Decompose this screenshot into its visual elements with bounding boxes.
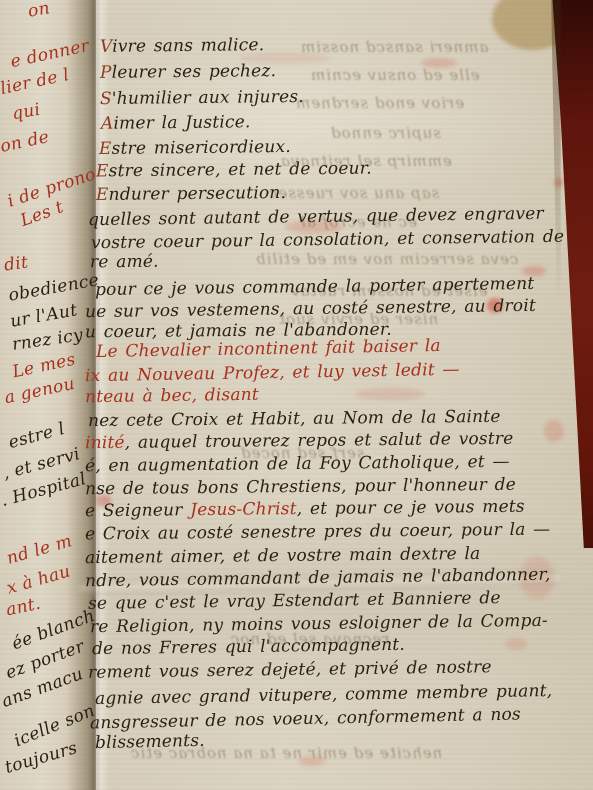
ink-stain	[298, 756, 326, 766]
text-segment: stre misericordieux.	[112, 137, 291, 159]
text-segment: P	[100, 63, 112, 83]
text-segment: re Religion, ny moins vous esloigner de …	[90, 611, 548, 637]
manuscript-line: quelles sont autant de vertus, que devez…	[88, 204, 544, 230]
binding-shadow	[551, 0, 561, 300]
text-segment: ivre sans malice.	[112, 35, 264, 57]
bleedthrough-line: sap anu sov ruessec	[268, 184, 439, 202]
bleedthrough-line: eriov enod serdnem	[295, 94, 464, 112]
manuscript-line: se que c'est le vray Estendart et Bannie…	[88, 588, 501, 614]
text-segment: re amé.	[90, 252, 159, 273]
text-segment: E	[99, 139, 112, 159]
manuscript-line: Estre sincere, et net de coeur.	[96, 159, 372, 182]
text-segment: nse de tous bons Chrestiens, pour l'honn…	[85, 475, 516, 500]
ink-stain	[544, 420, 564, 442]
text-segment: e Seigneur	[85, 500, 190, 521]
manuscript-line: Endurer persecution.	[96, 183, 286, 205]
text-segment: inité	[85, 433, 125, 453]
manuscript-photo: amneri sanscd nossimelle ed onsuv ecnime…	[0, 0, 593, 790]
text-segment: se que c'est le vray Estendart et Bannie…	[88, 588, 501, 614]
manuscript-line: de nos Freres qui l'accompagnent.	[92, 635, 405, 659]
text-segment: ix au Nouveau Profez, et luy vest ledit …	[85, 360, 460, 387]
manuscript-line: Vivre sans malice.	[100, 35, 264, 57]
manuscript-line: S'humilier aux injures.	[100, 87, 304, 109]
text-segment: nez cete Croix et Habit, au Nom de la Sa…	[88, 407, 501, 431]
text-segment: de nos Freres qui l'accompagnent.	[92, 635, 405, 659]
text-segment: stre sincere, et net de coeur.	[109, 159, 372, 182]
manuscript-line: re Religion, ny moins vous esloigner de …	[90, 611, 548, 637]
bleedthrough-line: elle ed onsuv ecnim	[310, 66, 480, 84]
marginal-fragment: on	[26, 0, 51, 22]
text-segment: rement vous serez dejeté, et privé de no…	[88, 657, 492, 683]
text-segment: V	[100, 37, 112, 57]
manuscript-line: ansgresseur de nos voeux, conformement a…	[90, 704, 521, 733]
marginal-fragment: dit	[3, 252, 30, 275]
bleedthrough-line: ceva serrecim nov em ed etilib	[255, 250, 518, 268]
manuscript-line: aitement aimer, et de vostre main dextre…	[85, 544, 481, 568]
manuscript-line: ix au Nouveau Profez, et luy vest ledit …	[85, 360, 460, 387]
manuscript-line: e Seigneur Jesus-Christ, et pour ce je v…	[85, 497, 525, 522]
text-segment: quelles sont autant de vertus, que devez…	[88, 204, 544, 230]
manuscript-line: e Croix au costé senestre pres du coeur,…	[85, 520, 550, 545]
text-segment: imer la Justice.	[113, 112, 250, 133]
ink-stain	[505, 638, 527, 650]
manuscript-line: nse de tous bons Chrestiens, pour l'honn…	[85, 475, 516, 500]
ink-stain	[355, 388, 425, 400]
bleedthrough-line: supirc ennod	[330, 124, 441, 142]
text-segment: blissements.	[95, 731, 205, 753]
text-segment: leurer ses pechez.	[112, 61, 277, 83]
text-segment: e Croix au costé senestre pres du coeur,…	[85, 520, 550, 545]
text-segment: E	[96, 185, 109, 205]
text-segment: 'humilier aux injures.	[112, 87, 304, 109]
manuscript-line: rement vous serez dejeté, et privé de no…	[88, 657, 492, 683]
manuscript-line: nez cete Croix et Habit, au Nom de la Sa…	[88, 407, 501, 431]
text-segment: Jesus-Christ	[190, 499, 297, 520]
manuscript-line: nteau à bec, disant	[85, 385, 259, 407]
ink-stain	[421, 58, 457, 68]
manuscript-line: re amé.	[90, 252, 159, 273]
text-segment: E	[96, 161, 109, 181]
manuscript-line: Estre misericordieux.	[99, 137, 291, 159]
bleedthrough-line: amneri sanscd nossim	[300, 38, 488, 56]
text-segment: S	[100, 89, 112, 109]
text-segment: , auquel trouverez repos et salut de vos…	[125, 429, 514, 453]
text-segment: , et pour ce je vous mets	[297, 497, 525, 519]
text-segment: ue sur vos vestemens, au costé senestre,…	[85, 296, 536, 322]
text-segment: aitement aimer, et de vostre main dextre…	[85, 544, 481, 568]
manuscript-line: blissements.	[95, 731, 205, 753]
text-segment: é, en augmentation de la Foy Catholique,…	[85, 452, 510, 476]
manuscript-line: é, en augmentation de la Foy Catholique,…	[85, 452, 510, 476]
manuscript-line: ndre, vous commandant de jamais ne l'aba…	[85, 565, 551, 591]
manuscript-line: inité, auquel trouverez repos et salut d…	[85, 429, 514, 453]
text-segment: nteau à bec, disant	[85, 385, 259, 407]
text-segment: ndre, vous commandant de jamais ne l'aba…	[85, 565, 551, 591]
manuscript-line: Pleurer ses pechez.	[100, 61, 276, 83]
manuscript-line: ue sur vos vestemens, au costé senestre,…	[85, 296, 536, 322]
manuscript-line: Aimer la Justice.	[101, 112, 251, 134]
text-segment: ansgresseur de nos voeux, conformement a…	[90, 704, 521, 733]
text-segment: ndurer persecution.	[109, 183, 287, 205]
text-segment: A	[101, 114, 114, 134]
